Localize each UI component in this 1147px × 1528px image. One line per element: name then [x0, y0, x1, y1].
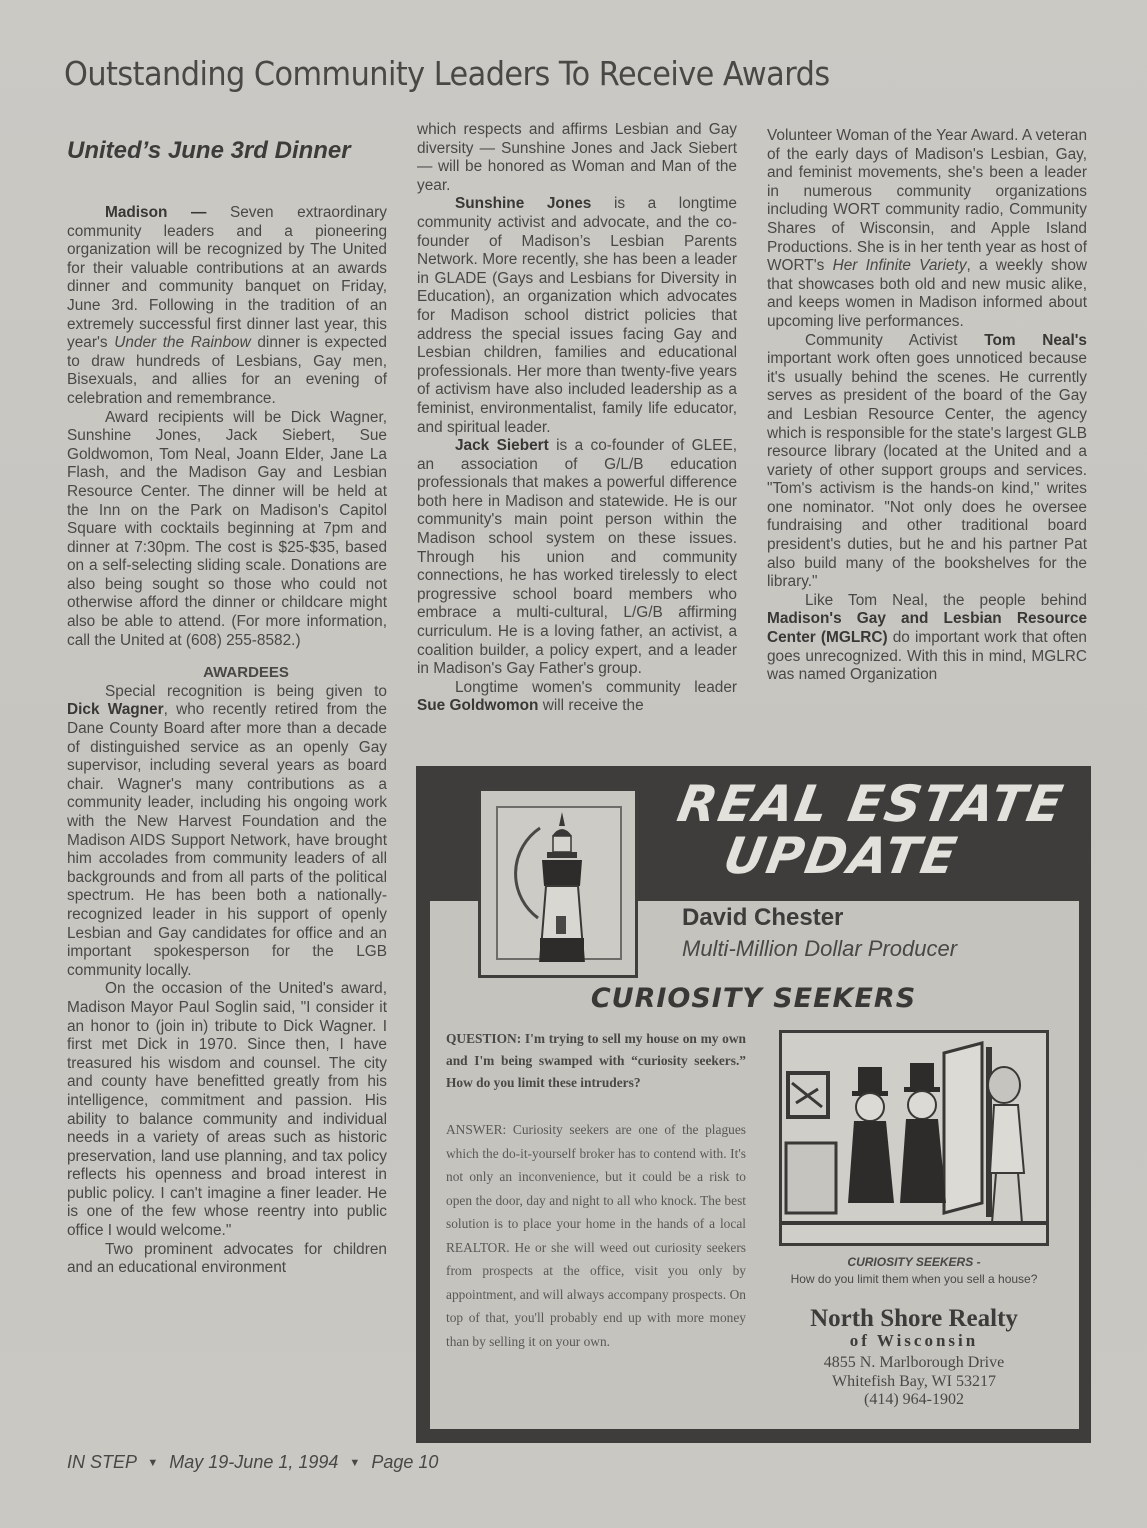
ad-title-line-1: REAL ESTATE: [661, 778, 1080, 830]
paragraph-text: Longtime women's community leader: [455, 679, 737, 696]
dateline: Madison —: [105, 204, 206, 221]
lighthouse-icon: [496, 806, 622, 960]
page-footer: IN STEP ▼ May 19-June 1, 1994 ▼ Page 10: [67, 1452, 438, 1473]
awardee-name: Tom Neal's: [984, 332, 1087, 349]
awardee-name: Sunshine Jones: [455, 195, 591, 212]
real-estate-advertisement: REAL ESTATE UPDATE David Chester Multi-M…: [416, 766, 1091, 1443]
company-block: North Shore Realty of Wisconsin 4855 N. …: [756, 1306, 1072, 1410]
section-title-awardees: AWARDEES: [67, 664, 387, 683]
agent-tagline: Multi-Million Dollar Producer: [682, 936, 957, 962]
paragraph-text: important work often goes unnoticed beca…: [767, 350, 1087, 590]
ad-title-line-2: UPDATE: [661, 830, 1080, 882]
article-paragraph: which respects and affirms Lesbian and G…: [417, 121, 737, 195]
paragraph-text: Volunteer Woman of the Year Award. A vet…: [767, 127, 1087, 274]
agent-name: David Chester: [682, 904, 843, 932]
caption-text: How do you limit them when you sell a ho…: [791, 1272, 1038, 1286]
ad-headline: CURIOSITY SEEKERS: [416, 983, 1091, 1014]
article-column-3: Volunteer Woman of the Year Award. A vet…: [767, 127, 1087, 685]
company-address-line-2: Whitefish Bay, WI 53217: [756, 1373, 1072, 1392]
event-title: Under the Rainbow: [114, 334, 250, 351]
article-paragraph: Longtime women's community leader Sue Go…: [417, 679, 737, 716]
article-paragraph: Madison — Seven extraordinary community …: [67, 204, 387, 409]
issue-dates: May 19-June 1, 1994: [169, 1452, 338, 1472]
awardee-name: Dick Wagner: [67, 701, 164, 718]
article-paragraph: Community Activist Tom Neal's important …: [767, 332, 1087, 592]
publication-name: IN STEP: [67, 1452, 136, 1472]
article-paragraph: Special recognition is being given to Di…: [67, 683, 387, 981]
triangle-separator-icon: ▼: [147, 1457, 158, 1469]
article-paragraph: Volunteer Woman of the Year Award. A vet…: [767, 127, 1087, 332]
awardee-name: Sue Goldwomon: [417, 697, 538, 714]
article-subhead: United’s June 3rd Dinner: [67, 138, 387, 164]
company-name: North Shore Realty: [756, 1306, 1072, 1332]
paragraph-text: Special recognition is being given to: [105, 683, 387, 700]
newspaper-page: Outstanding Community Leaders To Receive…: [0, 0, 1147, 1528]
page-headline: Outstanding Community Leaders To Receive…: [64, 54, 830, 93]
company-subtitle: of Wisconsin: [756, 1332, 1072, 1350]
article-paragraph: Sunshine Jones is a longtime community a…: [417, 195, 737, 437]
lighthouse-logo-frame: [478, 788, 638, 978]
paragraph-text: Seven extraordinary community leaders an…: [67, 204, 387, 351]
paragraph-text: , who recently retired from the Dane Cou…: [67, 701, 387, 978]
triangle-separator-icon: ▼: [349, 1457, 360, 1469]
article-column-1: United’s June 3rd Dinner Madison — Seven…: [67, 138, 387, 1278]
article-paragraph: Two prominent advocates for children and…: [67, 1241, 387, 1278]
paragraph-text: Like Tom Neal, the people behind: [805, 592, 1087, 609]
article-paragraph: Award recipients will be Dick Wagner, Su…: [67, 409, 387, 651]
paragraph-text: is a co-founder of GLEE, an association …: [417, 437, 737, 677]
article-paragraph: Jack Siebert is a co-founder of GLEE, an…: [417, 437, 737, 679]
article-paragraph: On the occasion of the United's award, M…: [67, 980, 387, 1240]
awardee-name: Jack Siebert: [455, 437, 549, 454]
article-paragraph: Like Tom Neal, the people behind Madison…: [767, 592, 1087, 685]
show-title: Her Infinite Variety: [833, 257, 967, 274]
company-address-line-1: 4855 N. Marlborough Drive: [756, 1354, 1072, 1373]
ad-answer: ANSWER: Curiosity seekers are one of the…: [446, 1118, 746, 1353]
article-column-2: which respects and affirms Lesbian and G…: [417, 121, 737, 716]
cartoon-caption: CURIOSITY SEEKERS - How do you limit the…: [756, 1254, 1072, 1288]
paragraph-text: is a longtime community activist and adv…: [417, 195, 737, 435]
paragraph-text: will receive the: [538, 697, 643, 714]
ad-question: QUESTION: I'm trying to sell my house on…: [446, 1028, 746, 1094]
page-number: Page 10: [371, 1452, 438, 1472]
cartoon-illustration-icon: [779, 1030, 1049, 1246]
caption-title: CURIOSITY SEEKERS -: [756, 1254, 1072, 1271]
company-phone: (414) 964-1902: [756, 1391, 1072, 1410]
paragraph-text: Community Activist: [805, 332, 984, 349]
ad-title: REAL ESTATE UPDATE: [666, 778, 1076, 882]
